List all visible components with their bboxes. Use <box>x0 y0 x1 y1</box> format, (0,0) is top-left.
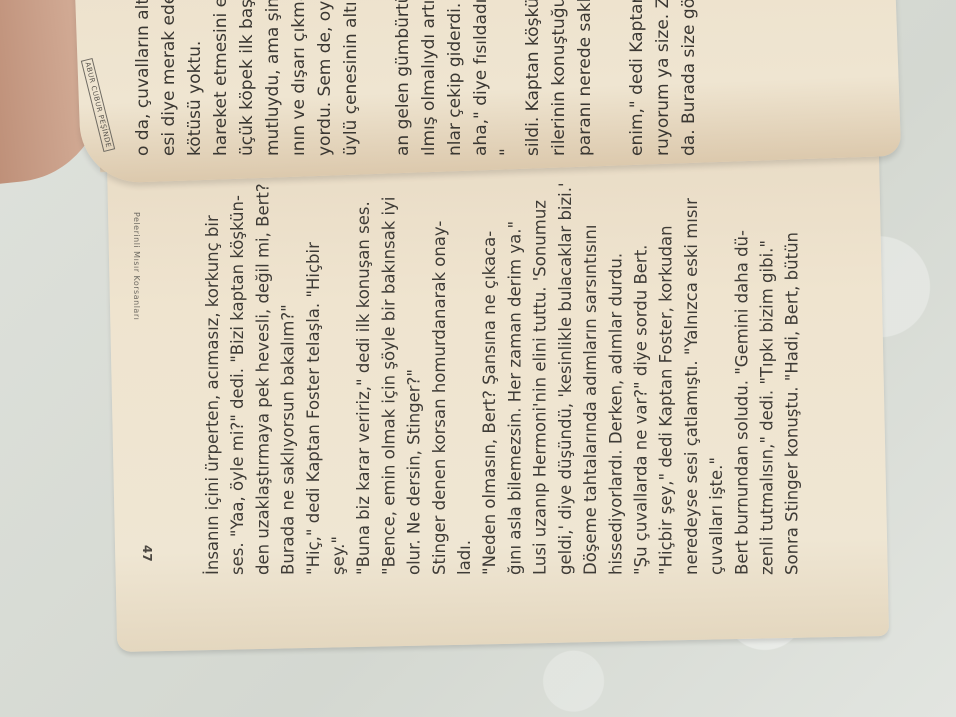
text-line: çuvalları işte." <box>704 195 729 575</box>
page-number: 47 <box>140 545 154 562</box>
text-line: Stinger denen korsan homurdanarak onay- <box>427 195 452 575</box>
text-line: ının ve dışarı çıkmak <box>286 0 312 156</box>
text-line: hareket etmesini en <box>208 0 234 156</box>
text-line <box>364 0 390 156</box>
text-line: "Buna biz karar veririz," dedi ilk konuş… <box>351 195 376 575</box>
text-line: nlar çekip giderdi. <box>442 0 468 156</box>
text-line: Sonra Stinger konuştu. "Hadi, Bert, bütü… <box>780 195 805 575</box>
text-line: Döşeme tahtalarında adımların sarsıntısı… <box>578 195 603 575</box>
text-line: den uzaklaştırmaya pek hevesli, değil mi… <box>250 195 275 575</box>
text-line: üçük köpek ilk başta <box>234 0 260 156</box>
text-line: Burada ne saklıyorsun bakalım?" <box>276 195 301 575</box>
text-line: da. Burada size göre <box>676 0 702 156</box>
text-line: kötüsü yoktu. <box>182 0 208 156</box>
text-line: ladı. <box>452 195 477 575</box>
text-line: "Neden olmasın, Bert? Şansına ne çıkaca- <box>477 195 502 575</box>
text-line: "Bence, emin olmak için şöyle bir bakıns… <box>376 195 401 575</box>
text-line: paranı nerede saklı- <box>572 0 598 156</box>
text-line: hissediyorlardı. Derken, adımlar durdu. <box>603 195 628 575</box>
text-line: Bert burnundan soludu. "Gemini daha dü- <box>729 195 754 575</box>
text-line: İnsanın içini ürperten, acımasız, korkun… <box>200 195 225 575</box>
text-line: ğını asla bilemezsin. Her zaman derim ya… <box>502 195 527 575</box>
text-line: esi diye merak eder <box>156 0 182 156</box>
text-line: şey." <box>326 195 351 575</box>
text-line: geldi,' diye düşündü, 'kesinlikle bulaca… <box>553 195 578 575</box>
right-page-text: Sonra Stinger konuştu. "Hadi, Bert, bütü… <box>200 195 805 575</box>
text-line: "Şu çuvallarda ne var?" diye sordu Bert. <box>628 195 653 575</box>
left-page-text: da. Burada size göre ruyorum ya size. Za… <box>130 0 702 156</box>
text-line: enim," dedi Kaptan <box>624 0 650 156</box>
text-line: ruyorum ya size. Za- <box>650 0 676 156</box>
text-line: neredeyse sesi çatlamıştı. "Yalnızca esk… <box>679 195 704 575</box>
text-line: ses. "Yaa, öyle mi?" dedi. "Bizi kaptan … <box>225 195 250 575</box>
text-line: Lusi uzanıp Hermoni'nin elini tuttu. 'So… <box>528 195 553 575</box>
text-line: o da, çuvalların altın- <box>130 0 156 156</box>
text-line: olur. Ne dersin, Stinger?" <box>402 195 427 575</box>
text-line: yordu. Sem de, oya- <box>312 0 338 156</box>
text-line: sildi. Kaptan köşkü- <box>520 0 546 156</box>
text-line: mutluydu, ama şimdi <box>260 0 286 156</box>
text-line <box>598 0 624 156</box>
text-line: an gelen gümbürtü- <box>390 0 416 156</box>
text-line: zenli tutmalısın," dedi. "Tıpkı bizim gi… <box>754 195 779 575</box>
text-line: "Hiç," dedi Kaptan Foster telaşla. "Hiçb… <box>301 195 326 575</box>
running-head: Pelerinli Mısır Korsanları <box>132 212 141 320</box>
text-line: " <box>494 0 520 156</box>
text-line: rilerinin konuştuğu- <box>546 0 572 156</box>
text-line: üylü çenesinin altın <box>338 0 364 156</box>
text-line: "Hiçbir şey," dedi Kaptan Foster, korkud… <box>654 195 679 575</box>
text-line: aha," diye fısıldadı <box>468 0 494 156</box>
text-line: ılmış olmalıydı artık <box>416 0 442 156</box>
